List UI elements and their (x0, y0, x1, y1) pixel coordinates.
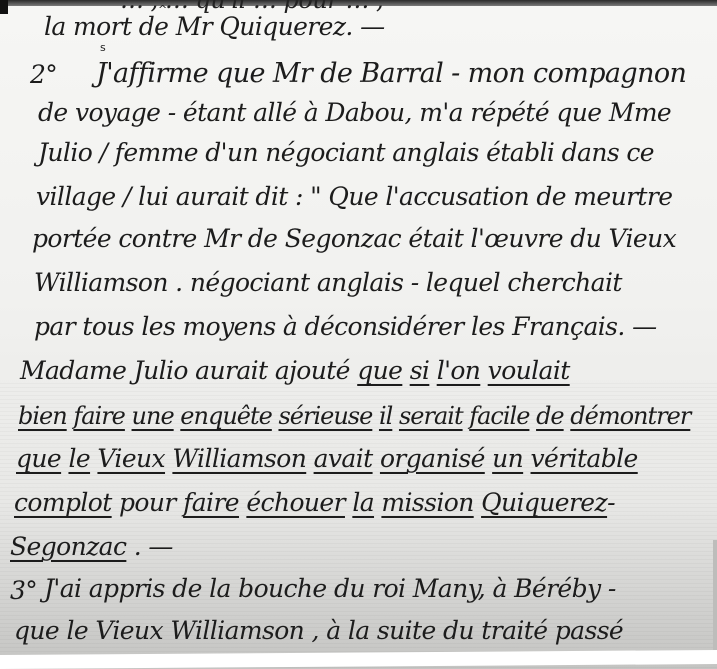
underlined-word: que (357, 356, 402, 385)
manuscript-line-15: que le Vieux Williamson , à la suite du … (14, 618, 623, 643)
underlined-word: complot (14, 488, 112, 517)
underlined-word: une (132, 402, 174, 430)
text-segment: - (607, 488, 615, 517)
underlined-word: bien (18, 402, 67, 430)
underlined-word: Williamson (172, 444, 306, 473)
underlined-word: un (492, 444, 523, 473)
underlined-word: la (352, 488, 374, 517)
underlined-word: démontrer (570, 402, 690, 430)
underlined-word: organisé (380, 444, 485, 473)
manuscript-line-7: Williamson . négociant anglais - lequel … (34, 270, 622, 295)
text-segment: Madame Julio aurait ajouté (20, 356, 357, 385)
underlined-word: voulait (488, 356, 570, 385)
manuscript-line-12: complot pour faire échouer la mission Qu… (14, 490, 615, 515)
text-segment (429, 356, 436, 385)
text-segment: . — (126, 532, 172, 561)
text-segment (480, 356, 487, 385)
paragraph-number-2: 2° (30, 62, 57, 87)
underlined-word: sérieuse (278, 402, 372, 430)
manuscript-line-8: par tous les moyens à déconsidérer les F… (34, 314, 656, 339)
manuscript-line-5: village / lui aurait dit : " Que l'accus… (36, 184, 672, 209)
margin-s-annotation: s (100, 41, 106, 54)
underlined-word: faire (73, 402, 125, 430)
text-segment (372, 402, 379, 430)
text-segment (402, 356, 409, 385)
text-segment (176, 488, 183, 517)
text-segment (112, 488, 119, 517)
underlined-word: avait (314, 444, 373, 473)
manuscript-line-1: la mort de Mr Quiquerez. — (44, 14, 385, 39)
manuscript-line-14: J'ai appris de la bouche du roi Many, à … (44, 576, 616, 601)
underlined-word: facile (469, 402, 529, 430)
underlined-word: l'on (437, 356, 481, 385)
text-segment (373, 444, 380, 473)
manuscript-line-4: Julio / femme d'un négociant anglais éta… (38, 140, 654, 165)
underlined-word: véritable (531, 444, 638, 473)
underlined-word: serait (399, 402, 463, 430)
text-segment: pour (119, 488, 176, 517)
underlined-word: échouer (246, 488, 345, 517)
manuscript-line-9: Madame Julio aurait ajouté que si l'on v… (20, 358, 570, 383)
scan-right-edge (713, 540, 717, 660)
underlined-word: enquête (180, 402, 272, 430)
manuscript-line-6: portée contre Mr de Segonzac était l'œuv… (32, 226, 676, 251)
underlined-word: le (68, 444, 90, 473)
manuscript-line-13: Segonzac . — (10, 534, 173, 559)
manuscript-line-10: bien faire une enquête sérieuse il serai… (18, 404, 690, 428)
paragraph-number-3: 3° (10, 578, 37, 603)
text-segment (392, 402, 399, 430)
underlined-word: faire (183, 488, 239, 517)
scan-bottom-edge (0, 650, 717, 669)
underlined-word: il (379, 402, 392, 430)
underlined-word: que (16, 444, 61, 473)
manuscript-line-2: J'affirme que Mr de Barral - mon compagn… (96, 60, 686, 87)
manuscript-page: … , … qu'il … pour … , ^ s la mort de Mr… (0, 0, 717, 669)
scan-corner-mark (0, 0, 8, 14)
manuscript-line-11: que le Vieux Williamson avait organisé u… (16, 446, 638, 471)
underlined-word: Segonzac (10, 532, 126, 561)
text-segment (474, 488, 481, 517)
text-segment (306, 444, 313, 473)
underlined-word: si (410, 356, 430, 385)
text-segment (125, 402, 132, 430)
text-segment (523, 444, 530, 473)
underlined-word: Quiquerez (481, 488, 607, 517)
underlined-word: mission (381, 488, 473, 517)
underlined-word: de (536, 402, 564, 430)
underlined-word: Vieux (97, 444, 165, 473)
manuscript-line-3: de voyage - étant allé à Dabou, m'a répé… (38, 100, 671, 125)
